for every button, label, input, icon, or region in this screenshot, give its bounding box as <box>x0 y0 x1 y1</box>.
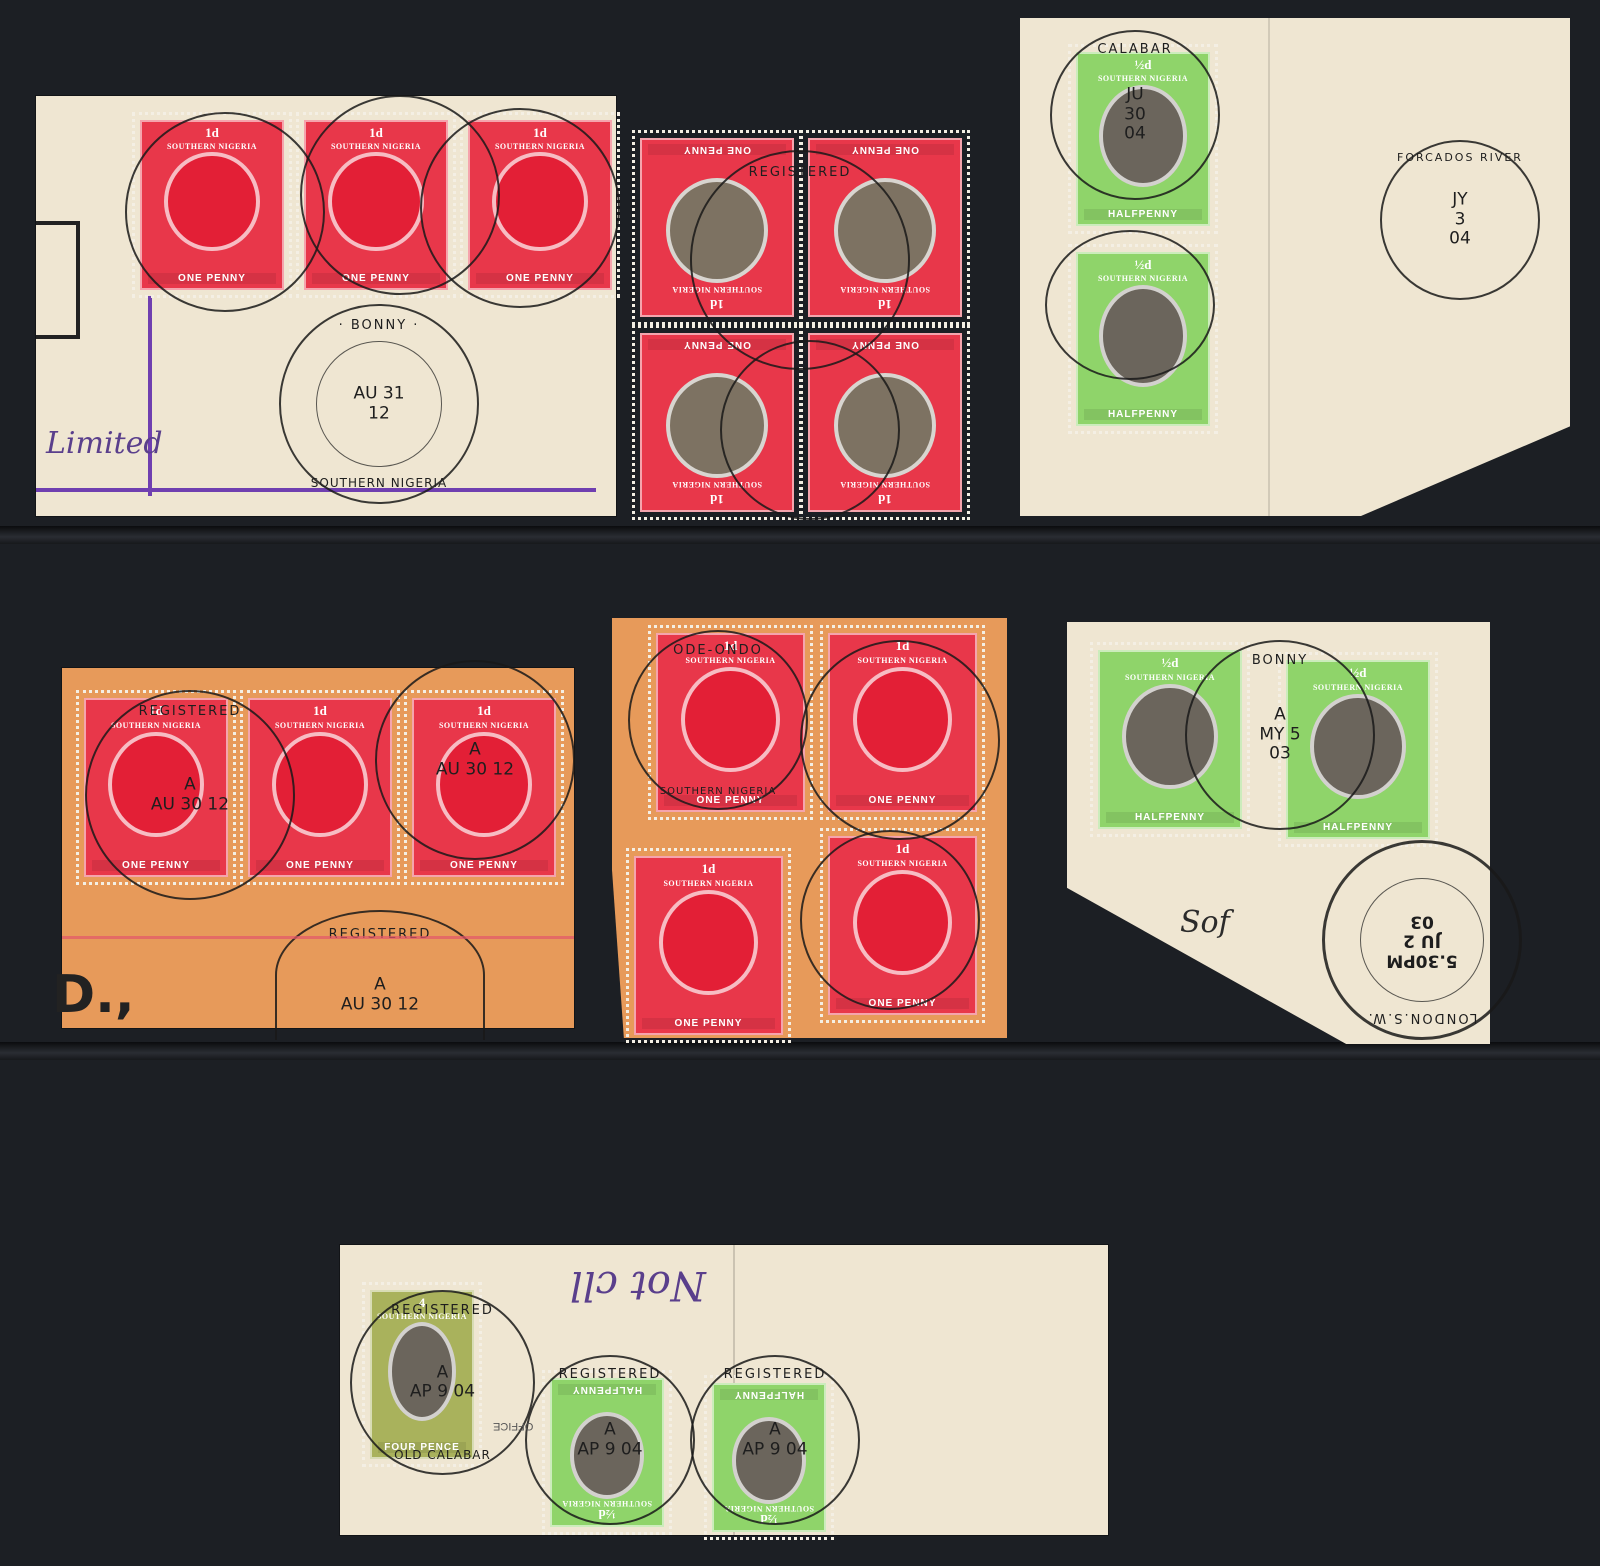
registration-box <box>36 221 80 339</box>
postmark-registered: REGISTEREDA AP 9 04 <box>690 1355 860 1525</box>
postmark-calabar <box>1045 230 1215 380</box>
manuscript-purple: Not cll <box>570 1262 706 1308</box>
manuscript-signature: Sof <box>1180 905 1230 940</box>
postmark-bonny-duplex <box>125 112 325 312</box>
postmark-ode-ondo <box>800 640 1000 840</box>
purple-cross-line <box>148 296 152 496</box>
postmark-registered: REGISTEREDA AU 30 12 <box>275 910 485 1040</box>
postmark-registered: REGISTERED <box>690 150 910 370</box>
stamp-1d-kgv: 1dSOUTHERN NIGERIAONE PENNY <box>626 848 791 1043</box>
postmark-bonny-duplex <box>420 108 620 308</box>
postmark-bonny: · BONNY · AU 31 12 SOUTHERN NIGERIA <box>279 304 479 504</box>
postmark-calabar: CALABARJU 30 04 <box>1050 30 1220 200</box>
postmark-forcados-river: FORCADOS RIVERJY 3 04 <box>1380 140 1540 300</box>
postmark-registered: REGISTEREDA AP 9 04 <box>525 1355 695 1525</box>
postmark-registered <box>720 340 900 520</box>
postmark-bonny: BONNYA MY 5 03 <box>1185 640 1375 830</box>
postmark-registered-old-calabar: REGISTEREDA AP 9 04OLD CALABAR <box>350 1290 535 1475</box>
postmark-ode-ondo: ODE-ONDOSOUTHERN NIGERIA <box>628 630 808 810</box>
postmark-ode-ondo <box>800 830 980 1010</box>
ruled-line <box>62 936 574 939</box>
manuscript-limited: Limited <box>46 426 163 461</box>
postmark-registered: A AU 30 12 <box>375 660 575 860</box>
fold-line <box>1268 18 1270 516</box>
postmark-registered: REGISTEREDA AU 30 12 <box>85 690 295 900</box>
office-imprint: OFFICE <box>493 1420 533 1432</box>
fragment-text: D., <box>52 965 135 1025</box>
stockcard-strip <box>0 526 1600 544</box>
postmark-london-backstamp: LONDON.S.W.5.30PM JU 2 03 <box>1322 840 1522 1040</box>
stockcard-strip <box>0 1042 1600 1060</box>
